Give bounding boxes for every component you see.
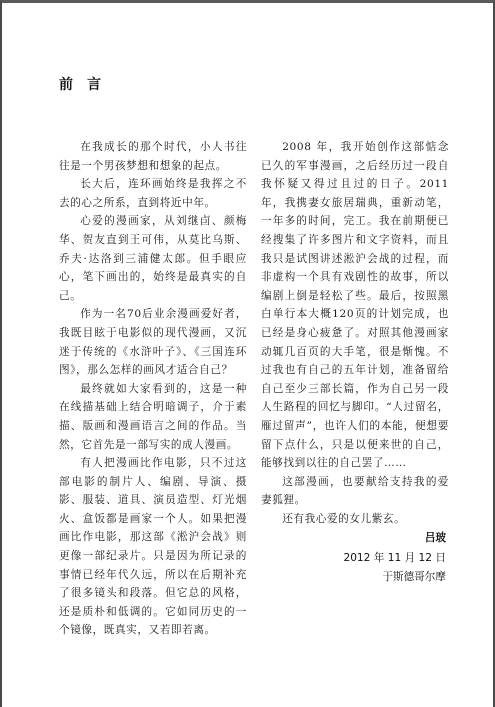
paragraph: 作为一名70后业余漫画爱好者，我既目眩于电影似的现代漫画，又沉迷于传统的《水浒叶… bbox=[59, 305, 247, 379]
paragraph: 在我成长的那个时代，小人书往往是一个男孩梦想和想象的起点。 bbox=[59, 138, 247, 175]
paragraph: 有人把漫画比作电影，只不过这部电影的制片人、编剧、导演、摄影、服装、道具、演员造… bbox=[59, 454, 247, 640]
signature-place: 于斯德哥尔摩 bbox=[382, 569, 446, 584]
left-text-column: 在我成长的那个时代，小人书往往是一个男孩梦想和想象的起点。 长大后，连环画始终是… bbox=[59, 138, 247, 640]
paragraph: 心爱的漫画家，从刘继卣、颜梅华、贺友直到王可伟，从莫比乌斯、乔夫·达洛到三浦健太… bbox=[59, 212, 247, 305]
page-title: 前言 bbox=[59, 74, 115, 94]
document-page: 前言 在我成长的那个时代，小人书往往是一个男孩梦想和想象的起点。 长大后，连环画… bbox=[0, 0, 495, 707]
right-text-column: 2008 年，我开始创作这部惦念已久的军事漫画，之后经历过一段自我怀疑又得过且过… bbox=[261, 138, 449, 528]
paragraph: 长大后，连环画始终是我挥之不去的心之所系，直到将近中年。 bbox=[59, 175, 247, 212]
paragraph: 这部漫画，也要献给支持我的爱妻狐狸。 bbox=[261, 473, 449, 510]
paragraph: 2008 年，我开始创作这部惦念已久的军事漫画，之后经历过一段自我怀疑又得过且过… bbox=[261, 138, 449, 473]
paragraph: 最终就如大家看到的，这是一种在线描基础上结合明暗调子，介于素描、版画和漫画语言之… bbox=[59, 380, 247, 454]
paragraph: 还有我心爱的女儿紫玄。 bbox=[261, 510, 449, 529]
signature-author: 吕玻 bbox=[425, 530, 446, 545]
signature-date: 2012 年 11 月 12 日 bbox=[343, 550, 446, 565]
